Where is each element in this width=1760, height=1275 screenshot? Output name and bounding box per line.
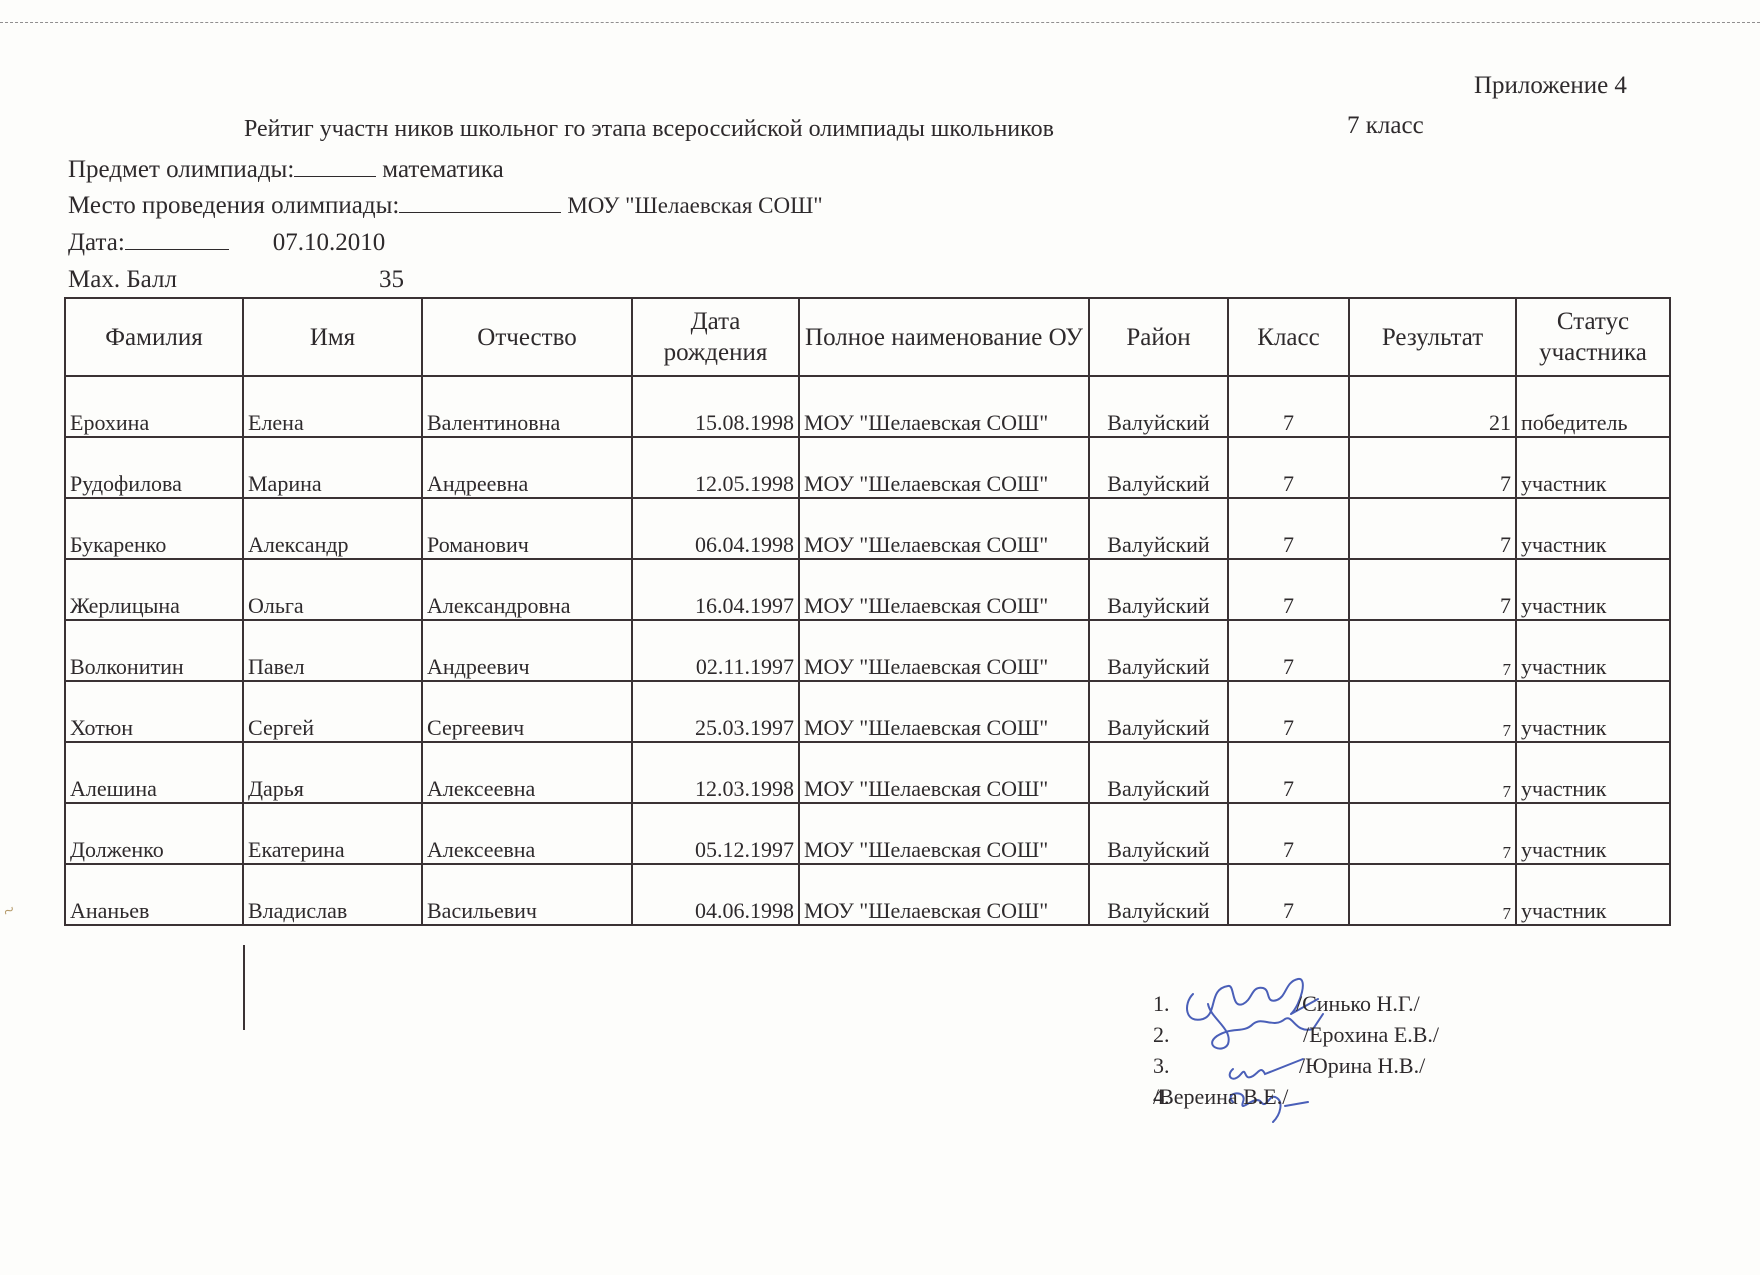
venue-value: МОУ "Шелаевская СОШ": [567, 193, 822, 218]
blank-underline: [125, 231, 229, 250]
table-row: ВолконитинПавелАндреевич02.11.1997МОУ "Ш…: [65, 620, 1670, 681]
cell-status: участник: [1516, 498, 1670, 559]
cell-result: 7: [1349, 864, 1516, 925]
cell-status: победитель: [1516, 376, 1670, 437]
cell-first-name: Марина: [243, 437, 422, 498]
cell-birth-date: 04.06.1998: [632, 864, 799, 925]
table-row: ЕрохинаЕленаВалентиновна15.08.1998МОУ "Ш…: [65, 376, 1670, 437]
cell-patronymic: Валентиновна: [422, 376, 632, 437]
header-status: Статус участника: [1516, 298, 1670, 376]
cell-birth-date: 12.05.1998: [632, 437, 799, 498]
table-stub-line: [243, 945, 245, 1030]
cell-school: МОУ "Шелаевская СОШ": [799, 620, 1089, 681]
cell-birth-date: 05.12.1997: [632, 803, 799, 864]
cell-patronymic: Андреевна: [422, 437, 632, 498]
cell-last-name: Ананьев: [65, 864, 243, 925]
cell-school: МОУ "Шелаевская СОШ": [799, 742, 1089, 803]
cell-last-name: Хотюн: [65, 681, 243, 742]
cell-first-name: Владислав: [243, 864, 422, 925]
cell-patronymic: Александровна: [422, 559, 632, 620]
header-birth-date: Дата рождения: [632, 298, 799, 376]
date-line: Дата:07.10.2010: [68, 229, 385, 257]
cell-result: 7: [1349, 620, 1516, 681]
cell-district: Валуйский: [1089, 559, 1228, 620]
document-title: Рейтиг участн ников школьног го этапа вс…: [244, 116, 1054, 143]
cell-status: участник: [1516, 803, 1670, 864]
cell-status: участник: [1516, 559, 1670, 620]
cell-first-name: Сергей: [243, 681, 422, 742]
cell-status: участник: [1516, 437, 1670, 498]
table-row: РудофиловаМаринаАндреевна12.05.1998МОУ "…: [65, 437, 1670, 498]
cell-grade: 7: [1228, 864, 1349, 925]
table-row: ХотюнСергейСергеевич25.03.1997МОУ "Шелае…: [65, 681, 1670, 742]
cell-first-name: Екатерина: [243, 803, 422, 864]
cell-patronymic: Сергеевич: [422, 681, 632, 742]
cell-last-name: Букаренко: [65, 498, 243, 559]
cell-last-name: Долженко: [65, 803, 243, 864]
table-row: ЖерлицынаОльгаАлександровна16.04.1997МОУ…: [65, 559, 1670, 620]
cell-school: МОУ "Шелаевская СОШ": [799, 376, 1089, 437]
cell-result: 21: [1349, 376, 1516, 437]
cell-school: МОУ "Шелаевская СОШ": [799, 681, 1089, 742]
cell-result: 7: [1349, 498, 1516, 559]
cell-patronymic: Романович: [422, 498, 632, 559]
cell-patronymic: Алексеевна: [422, 803, 632, 864]
cell-school: МОУ "Шелаевская СОШ": [799, 803, 1089, 864]
scan-edge-line: [0, 22, 1760, 23]
cell-school: МОУ "Шелаевская СОШ": [799, 559, 1089, 620]
cell-district: Валуйский: [1089, 620, 1228, 681]
cell-district: Валуйский: [1089, 498, 1228, 559]
table-row: АлешинаДарьяАлексеевна12.03.1998МОУ "Шел…: [65, 742, 1670, 803]
venue-line: Место проведения олимпиады:МОУ "Шелаевск…: [68, 192, 823, 220]
blank-underline: [399, 194, 561, 213]
cell-last-name: Ерохина: [65, 376, 243, 437]
appendix-label: Приложение 4: [1474, 72, 1627, 100]
cell-district: Валуйский: [1089, 803, 1228, 864]
cell-district: Валуйский: [1089, 437, 1228, 498]
cell-district: Валуйский: [1089, 742, 1228, 803]
venue-label: Место проведения олимпиады:: [68, 192, 399, 219]
cell-last-name: Жерлицына: [65, 559, 243, 620]
cell-district: Валуйский: [1089, 864, 1228, 925]
cell-result: 7: [1349, 681, 1516, 742]
cell-district: Валуйский: [1089, 376, 1228, 437]
cell-birth-date: 06.04.1998: [632, 498, 799, 559]
rating-table: Фамилия Имя Отчество Дата рождения Полно…: [64, 297, 1671, 926]
max-score-value: 35: [379, 266, 404, 294]
subject-line: Предмет олимпиады:математика: [68, 156, 504, 184]
grade-label: 7 класс: [1347, 112, 1424, 140]
cell-birth-date: 12.03.1998: [632, 742, 799, 803]
date-label: Дата:: [68, 229, 125, 256]
cell-result: 7: [1349, 437, 1516, 498]
signature-name: /Синько Н.Г./: [1296, 988, 1420, 1019]
blank-underline: [294, 158, 376, 177]
table-row: ДолженкоЕкатеринаАлексеевна05.12.1997МОУ…: [65, 803, 1670, 864]
header-school: Полное наименование ОУ: [799, 298, 1089, 376]
max-score-line: Мах. Балл35: [68, 266, 404, 294]
header-last-name: Фамилия: [65, 298, 243, 376]
signature-number: 3.: [1153, 1050, 1179, 1081]
cell-result: 7: [1349, 559, 1516, 620]
cell-status: участник: [1516, 864, 1670, 925]
max-score-label: Мах. Балл: [68, 266, 177, 293]
header-first-name: Имя: [243, 298, 422, 376]
cell-patronymic: Васильевич: [422, 864, 632, 925]
cell-birth-date: 02.11.1997: [632, 620, 799, 681]
cell-status: участник: [1516, 742, 1670, 803]
cell-status: участник: [1516, 620, 1670, 681]
cell-patronymic: Андреевич: [422, 620, 632, 681]
cell-district: Валуйский: [1089, 681, 1228, 742]
cell-first-name: Дарья: [243, 742, 422, 803]
cell-last-name: Алешина: [65, 742, 243, 803]
cell-grade: 7: [1228, 681, 1349, 742]
header-patronymic: Отчество: [422, 298, 632, 376]
cell-school: МОУ "Шелаевская СОШ": [799, 437, 1089, 498]
cell-birth-date: 15.08.1998: [632, 376, 799, 437]
cell-last-name: Волконитин: [65, 620, 243, 681]
cell-grade: 7: [1228, 620, 1349, 681]
subject-value: математика: [382, 156, 503, 183]
table-row: БукаренкоАлександрРоманович06.04.1998МОУ…: [65, 498, 1670, 559]
header-grade: Класс: [1228, 298, 1349, 376]
signature-name: /Ерохина Е.В./: [1303, 1019, 1439, 1050]
header-result: Результат: [1349, 298, 1516, 376]
cell-grade: 7: [1228, 437, 1349, 498]
signature-number: 1.: [1153, 988, 1179, 1019]
table-header-row: Фамилия Имя Отчество Дата рождения Полно…: [65, 298, 1670, 376]
cell-birth-date: 25.03.1997: [632, 681, 799, 742]
signature-number: 2.: [1153, 1019, 1179, 1050]
cell-first-name: Елена: [243, 376, 422, 437]
signature-name: /Юрина Н.В./: [1299, 1050, 1425, 1081]
cell-last-name: Рудофилова: [65, 437, 243, 498]
margin-scribble: ~: [0, 899, 20, 924]
table-row: АнаньевВладиславВасильевич04.06.1998МОУ …: [65, 864, 1670, 925]
cell-birth-date: 16.04.1997: [632, 559, 799, 620]
cell-school: МОУ "Шелаевская СОШ": [799, 864, 1089, 925]
header-district: Район: [1089, 298, 1228, 376]
date-value: 07.10.2010: [273, 229, 386, 256]
signature-name: /Вереина В.Е./: [1153, 1081, 1288, 1112]
cell-first-name: Александр: [243, 498, 422, 559]
cell-grade: 7: [1228, 559, 1349, 620]
cell-first-name: Павел: [243, 620, 422, 681]
cell-patronymic: Алексеевна: [422, 742, 632, 803]
cell-grade: 7: [1228, 742, 1349, 803]
cell-first-name: Ольга: [243, 559, 422, 620]
cell-status: участник: [1516, 681, 1670, 742]
cell-result: 7: [1349, 742, 1516, 803]
cell-result: 7: [1349, 803, 1516, 864]
cell-school: МОУ "Шелаевская СОШ": [799, 498, 1089, 559]
cell-grade: 7: [1228, 803, 1349, 864]
subject-label: Предмет олимпиады:: [68, 156, 294, 183]
cell-grade: 7: [1228, 376, 1349, 437]
cell-grade: 7: [1228, 498, 1349, 559]
